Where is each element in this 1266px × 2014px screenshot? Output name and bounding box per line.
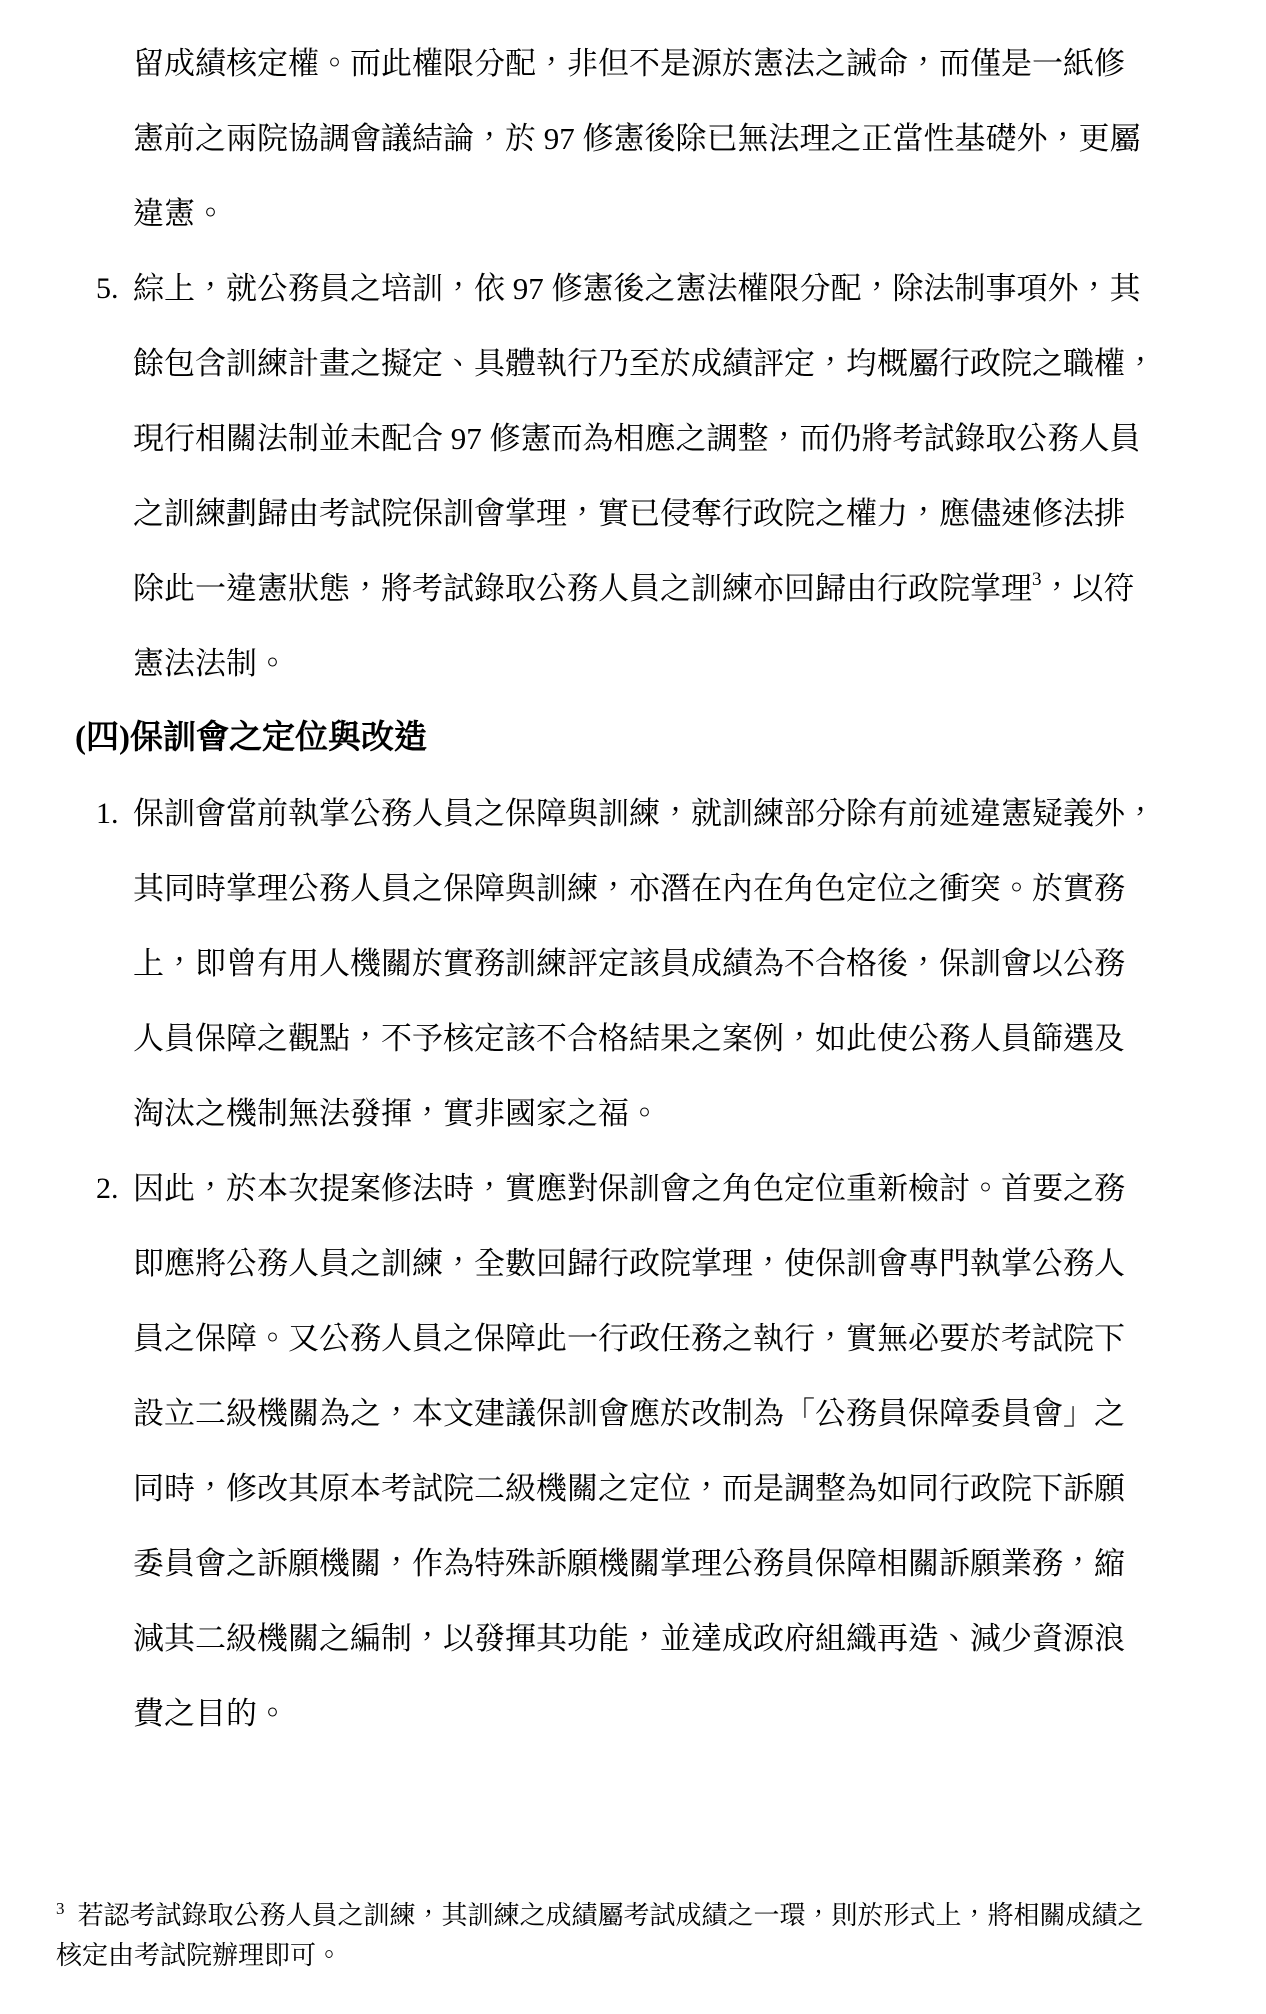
list-number: 1. bbox=[96, 776, 119, 851]
footnote-text-line: 3 若認考試錄取公務人員之訓練，其訓練之成績屬考試成績之一環，則於形式上，將相關… bbox=[56, 1896, 1266, 1936]
footnote-reference: 3 bbox=[56, 1899, 65, 1918]
body-text-line: 同時，修改其原本考試院二級機關之定位，而是調整為如同行政院下訴願 bbox=[0, 1451, 1266, 1526]
body-text-line: 員之保障。又公務人員之保障此一行政任務之執行，實無必要於考試院下 bbox=[0, 1301, 1266, 1376]
body-text-line: 減其二級機關之編制，以發揮其功能，並達成政府組織再造、減少資源浪 bbox=[0, 1601, 1266, 1676]
body-text-line: 人員保障之觀點，不予核定該不合格結果之案例，如此使公務人員篩選及 bbox=[0, 1001, 1266, 1076]
footnote-text-line: 核定由考試院辦理即可。 bbox=[56, 1936, 1266, 1976]
section-heading: (四)保訓會之定位與改造 bbox=[0, 701, 1266, 776]
body-text-line: 違憲。 bbox=[0, 176, 1266, 251]
body-text-line: 除此一違憲狀態，將考試錄取公務人員之訓練亦回歸由行政院掌理3，以符 bbox=[0, 551, 1266, 626]
list-number: 2. bbox=[96, 1151, 119, 1226]
body-text-line: 上，即曾有用人機關於實務訓練評定該員成績為不合格後，保訓會以公務 bbox=[0, 926, 1266, 1001]
body-text-line: 留成績核定權。而此權限分配，非但不是源於憲法之誡命，而僅是一紙修 bbox=[0, 26, 1266, 101]
body-text-line: 淘汰之機制無法發揮，實非國家之福。 bbox=[0, 1076, 1266, 1151]
body-text-line: 憲法法制。 bbox=[0, 626, 1266, 701]
body-text-line: 2.因此，於本次提案修法時，實應對保訓會之角色定位重新檢討。首要之務 bbox=[0, 1151, 1266, 1226]
body-text-line: 餘包含訓練計畫之擬定、具體執行乃至於成績評定，均概屬行政院之職權， bbox=[0, 326, 1266, 401]
footnote-reference: 3 bbox=[1032, 569, 1042, 590]
body-text-line: 5.綜上，就公務員之培訓，依 97 修憲後之憲法權限分配，除法制事項外，其 bbox=[0, 251, 1266, 326]
document-page: 留成績核定權。而此權限分配，非但不是源於憲法之誡命，而僅是一紙修憲前之兩院協調會… bbox=[0, 0, 1266, 2014]
document-body: 留成績核定權。而此權限分配，非但不是源於憲法之誡命，而僅是一紙修憲前之兩院協調會… bbox=[0, 26, 1266, 1751]
body-text-line: 現行相關法制並未配合 97 修憲而為相應之調整，而仍將考試錄取公務人員 bbox=[0, 401, 1266, 476]
body-text-line: 其同時掌理公務人員之保障與訓練，亦潛在內在角色定位之衝突。於實務 bbox=[0, 851, 1266, 926]
body-text-line: 費之目的。 bbox=[0, 1676, 1266, 1751]
body-text-line: 之訓練劃歸由考試院保訓會掌理，實已侵奪行政院之權力，應儘速修法排 bbox=[0, 476, 1266, 551]
list-number: 5. bbox=[96, 251, 119, 326]
body-text-line: 即應將公務人員之訓練，全數回歸行政院掌理，使保訓會專門執掌公務人 bbox=[0, 1226, 1266, 1301]
footnote-section: 3 若認考試錄取公務人員之訓練，其訓練之成績屬考試成績之一環，則於形式上，將相關… bbox=[0, 1896, 1266, 1976]
body-text-line: 設立二級機關為之，本文建議保訓會應於改制為「公務員保障委員會」之 bbox=[0, 1376, 1266, 1451]
body-text-line: 1.保訓會當前執掌公務人員之保障與訓練，就訓練部分除有前述違憲疑義外， bbox=[0, 776, 1266, 851]
body-text-line: 委員會之訴願機關，作為特殊訴願機關掌理公務員保障相關訴願業務，縮 bbox=[0, 1526, 1266, 1601]
body-text-line: 憲前之兩院協調會議結論，於 97 修憲後除已無法理之正當性基礎外，更屬 bbox=[0, 101, 1266, 176]
